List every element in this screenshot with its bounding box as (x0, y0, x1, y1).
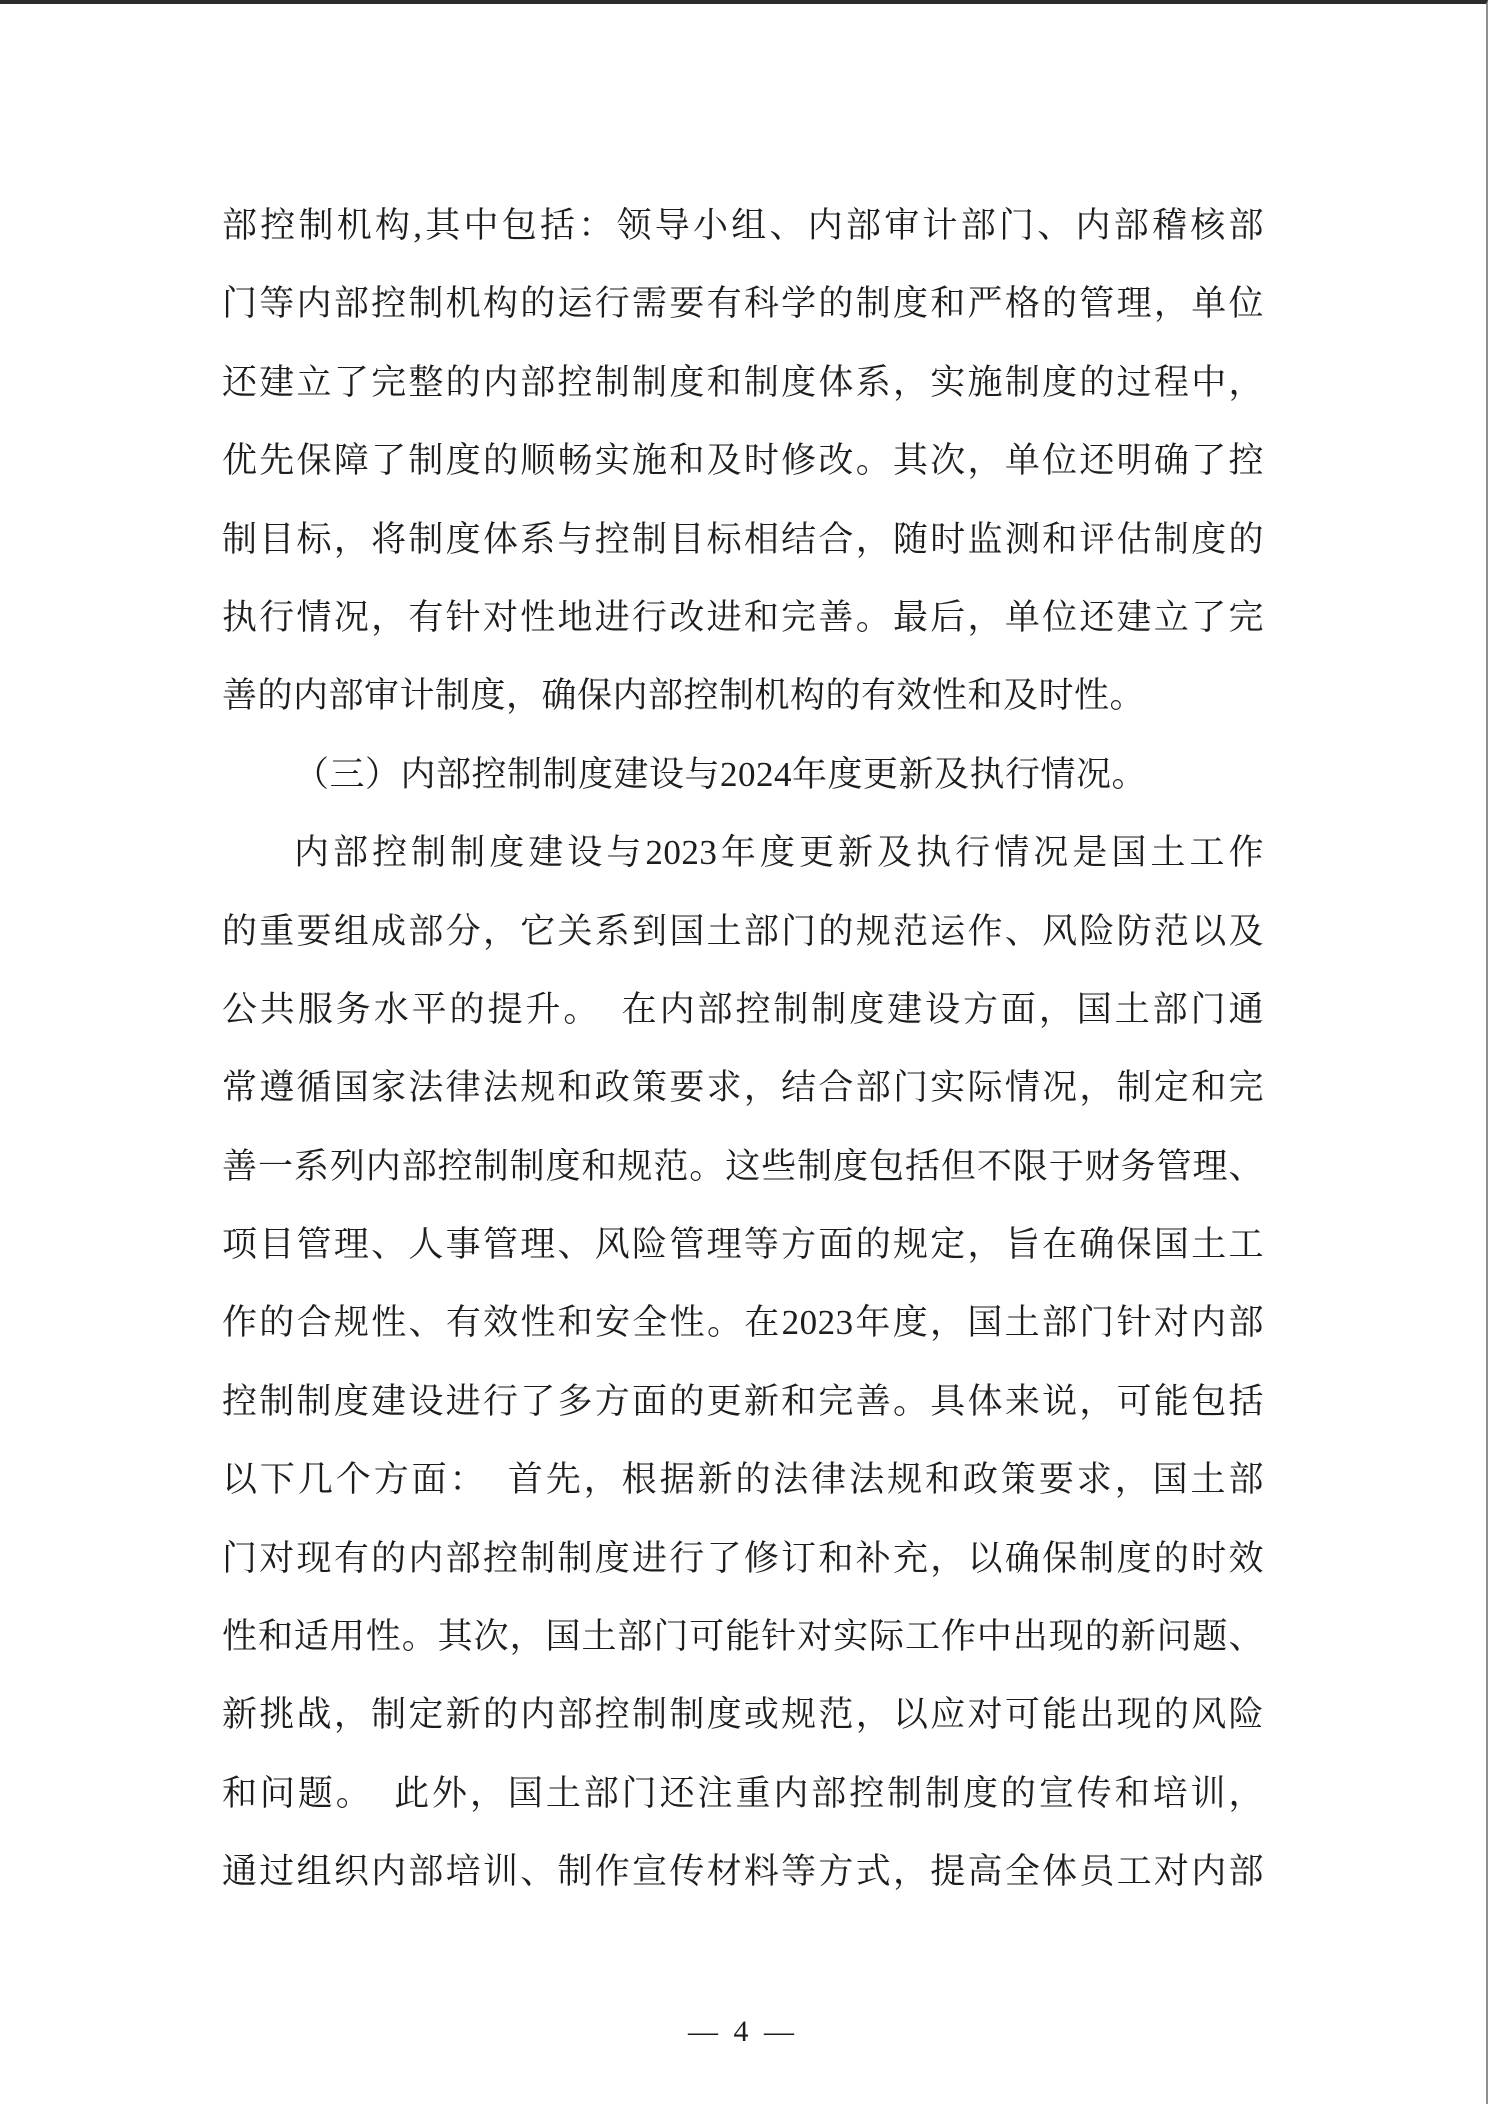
text-line: 执行情况，有针对性地进行改进和完善。最后，单位还建立了完 (222, 579, 1264, 657)
text-line: 以下几个方面： 首先，根据新的法律法规和政策要求，国土部 (222, 1441, 1264, 1519)
text-line: 和问题。 此外，国土部门还注重内部控制制度的宣传和培训， (222, 1755, 1264, 1833)
paragraph: 部控制机构,其中包括：领导小组、内部审计部门、内部稽核部门等内部控制机构的运行需… (222, 187, 1264, 736)
text-line: 控制制度建设进行了多方面的更新和完善。具体来说，可能包括 (222, 1363, 1264, 1441)
text-line: 作的合规性、有效性和安全性。在2023年度，国土部门针对内部 (222, 1284, 1264, 1362)
text-line: 制目标，将制度体系与控制目标相结合，随时监测和评估制度的 (222, 501, 1264, 579)
text-line: 善一系列内部控制制度和规范。这些制度包括但不限于财务管理、 (222, 1128, 1264, 1206)
text-line: 门等内部控制机构的运行需要有科学的制度和严格的管理，单位 (222, 265, 1264, 343)
text-line: 新挑战，制定新的内部控制制度或规范，以应对可能出现的风险 (222, 1676, 1264, 1754)
text-line: 项目管理、人事管理、风险管理等方面的规定，旨在确保国土工 (222, 1206, 1264, 1284)
text-line: 善的内部审计制度，确保内部控制机构的有效性和及时性。 (222, 657, 1264, 735)
paragraph: 内部控制制度建设与2023年度更新及执行情况是国土工作的重要组成部分，它关系到国… (222, 814, 1264, 1911)
paragraph: （三）内部控制制度建设与2024年度更新及执行情况。 (222, 736, 1264, 814)
page-number: — 4 — (688, 2015, 798, 2048)
document-page: 部控制机构,其中包括：领导小组、内部审计部门、内部稽核部门等内部控制机构的运行需… (0, 0, 1488, 2104)
text-line: 部控制机构,其中包括：领导小组、内部审计部门、内部稽核部 (222, 187, 1264, 265)
text-line: 优先保障了制度的顺畅实施和及时修改。其次，单位还明确了控 (222, 422, 1264, 500)
text-line: 性和适用性。其次，国土部门可能针对实际工作中出现的新问题、 (222, 1598, 1264, 1676)
text-line: 还建立了完整的内部控制制度和制度体系，实施制度的过程中， (222, 344, 1264, 422)
text-line: 通过组织内部培训、制作宣传材料等方式，提高全体员工对内部 (222, 1833, 1264, 1911)
text-line: 门对现有的内部控制制度进行了修订和补充，以确保制度的时效 (222, 1520, 1264, 1598)
document-body-text: 部控制机构,其中包括：领导小组、内部审计部门、内部稽核部门等内部控制机构的运行需… (222, 187, 1264, 1912)
text-line: 内部控制制度建设与2023年度更新及执行情况是国土工作 (222, 814, 1264, 892)
text-line: 公共服务水平的提升。 在内部控制制度建设方面，国土部门通 (222, 971, 1264, 1049)
text-line: 常遵循国家法律法规和政策要求，结合部门实际情况，制定和完 (222, 1049, 1264, 1127)
page-footer: — 4 — (0, 2006, 1486, 2058)
text-line: （三）内部控制制度建设与2024年度更新及执行情况。 (222, 736, 1264, 814)
text-line: 的重要组成部分，它关系到国土部门的规范运作、风险防范以及 (222, 893, 1264, 971)
